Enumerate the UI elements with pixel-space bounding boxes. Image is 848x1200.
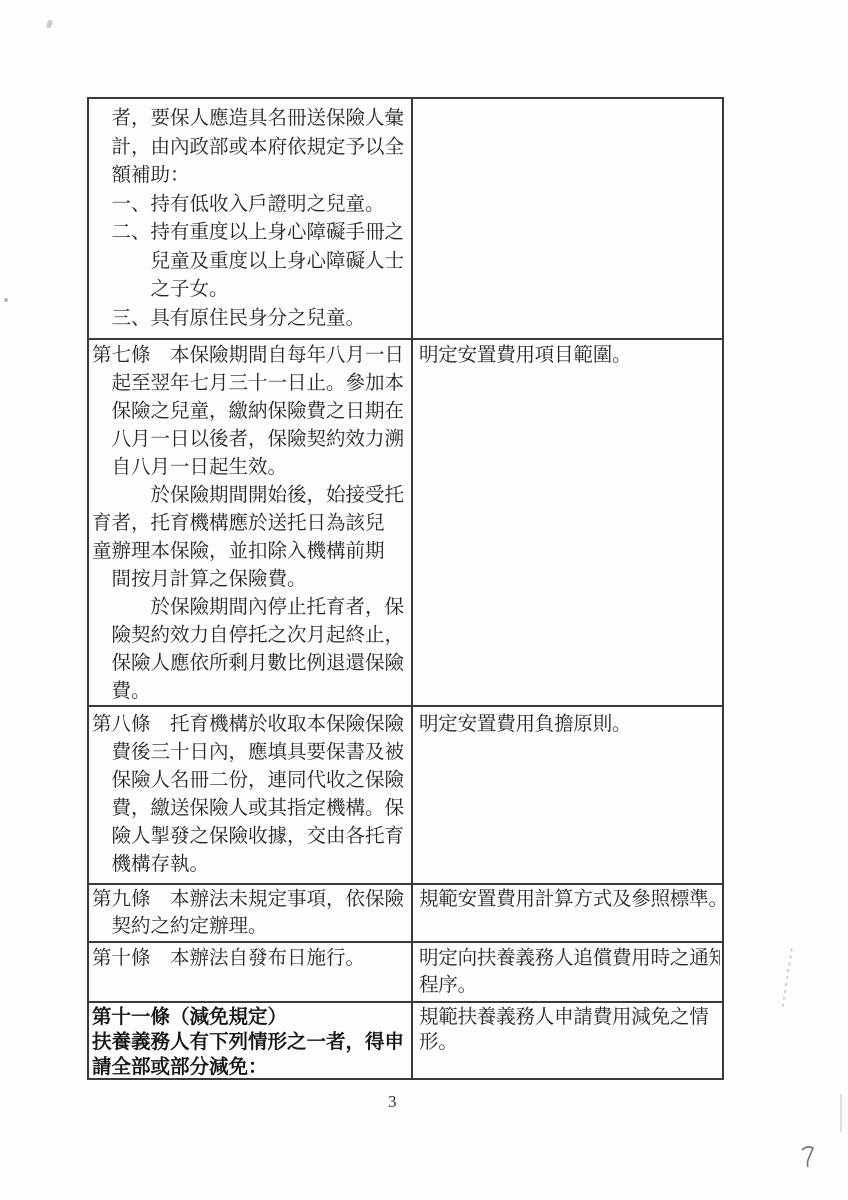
- note-line: 規範安置費用計算方式及參照標準。: [419, 886, 720, 913]
- scan-speck: [4, 298, 8, 302]
- text-line: 育者，托育機構應於送托日為該兒: [92, 510, 411, 538]
- table-row-article-8: 第八條 托育機構於收取本保險保險 費後三十日內，應填具要保書及被 保險人名冊二份…: [89, 705, 722, 883]
- table-row-article-10: 第十條 本辦法自發布日施行。 明定向扶養義務人追償費用時之通知 程序。: [89, 941, 722, 1001]
- text-line: 第十條 本辦法自發布日施行。: [92, 945, 411, 972]
- cell-continuation-text: 者，要保人應造具名冊送保險人彙 計，由內政部或本府依規定予以全 額補助： 一、持…: [89, 99, 411, 338]
- text-line: 險契約效力自停托之次月起終止，: [92, 622, 411, 650]
- text-line: 第九條 本辦法未規定事項，依保險: [92, 886, 411, 913]
- scanned-page: 者，要保人應造具名冊送保險人彙 計，由內政部或本府依規定予以全 額補助： 一、持…: [0, 0, 848, 1200]
- text-line: 保險人應依所剩月數比例退還保險: [92, 650, 411, 678]
- text-line: 間按月計算之保險費。: [92, 566, 411, 594]
- text-line: 請全部或部分減免：: [92, 1055, 411, 1078]
- table-row-article-7: 第七條 本保險期間自每年八月一日 起至翌年七月三十一日止。參加本 保險之兒童，繳…: [89, 338, 722, 705]
- text-line: 二、持有重度以上身心障礙手冊之: [92, 219, 411, 248]
- scan-speck: [46, 19, 53, 28]
- text-line: 兒童及重度以上身心障礙人士: [92, 248, 411, 277]
- text-line: 一、持有低收入戶證明之兒童。: [92, 191, 411, 220]
- text-line: 第十一條（減免規定）: [92, 1005, 411, 1030]
- text-line: 險人掣發之保險收據，交由各托育: [92, 823, 411, 851]
- text-line: 者，要保人應造具名冊送保險人彙: [92, 105, 411, 134]
- cell-continuation-note: [411, 99, 720, 338]
- cell-article-7-note: 明定安置費用項目範圍。: [411, 340, 720, 705]
- text-line: 保險之兒童，繳納保險費之日期在: [92, 398, 411, 426]
- note-line: 明定向扶養義務人追償費用時之通知: [419, 945, 720, 972]
- text-line: 機構存執。: [92, 851, 411, 879]
- note-line: 明定安置費用負擔原則。: [419, 711, 720, 739]
- document-table: 者，要保人應造具名冊送保險人彙 計，由內政部或本府依規定予以全 額補助： 一、持…: [87, 97, 724, 1080]
- cell-article-8-text: 第八條 托育機構於收取本保險保險 費後三十日內，應填具要保書及被 保險人名冊二份…: [89, 707, 411, 883]
- text-line: 費後三十日內，應填具要保書及被: [92, 739, 411, 767]
- cell-article-9-note: 規範安置費用計算方式及參照標準。: [411, 885, 720, 941]
- text-line: 童辦理本保險，並扣除入機構前期: [92, 538, 411, 566]
- text-line: 扶養義務人有下列情形之一者，得申: [92, 1030, 411, 1055]
- page-number: 3: [388, 1092, 397, 1112]
- table-row-article-11: 第十一條（減免規定） 扶養義務人有下列情形之一者，得申 請全部或部分減免： 規範…: [89, 1001, 722, 1078]
- text-line: 第八條 托育機構於收取本保險保險: [92, 711, 411, 739]
- table-row-continuation: 者，要保人應造具名冊送保險人彙 計，由內政部或本府依規定予以全 額補助： 一、持…: [89, 99, 722, 338]
- cell-article-8-note: 明定安置費用負擔原則。: [411, 707, 720, 883]
- cell-article-10-note: 明定向扶養義務人追償費用時之通知 程序。: [411, 943, 720, 1001]
- note-line: 形。: [419, 1030, 720, 1055]
- text-line: 契約之約定辦理。: [92, 913, 411, 940]
- note-line: 程序。: [419, 972, 720, 999]
- text-line: 額補助：: [92, 162, 411, 191]
- cell-article-9-text: 第九條 本辦法未規定事項，依保險 契約之約定辦理。: [89, 885, 411, 941]
- table-row-article-9: 第九條 本辦法未規定事項，依保險 契約之約定辦理。 規範安置費用計算方式及參照標…: [89, 883, 722, 941]
- text-line: 之子女。: [92, 276, 411, 305]
- text-line: 自八月一日起生效。: [92, 454, 411, 482]
- text-line: 八月一日以後者，保險契約效力溯: [92, 426, 411, 454]
- note-line: 規範扶養義務人申請費用減免之情: [419, 1005, 720, 1030]
- text-line: 三、具有原住民身分之兒童。: [92, 305, 411, 334]
- scan-corner-mark: [799, 1142, 819, 1172]
- cell-article-11-note: 規範扶養義務人申請費用減免之情 形。: [411, 1003, 720, 1078]
- text-line: 起至翌年七月三十一日止。參加本: [92, 370, 411, 398]
- cell-article-11-text: 第十一條（減免規定） 扶養義務人有下列情形之一者，得申 請全部或部分減免：: [89, 1003, 411, 1078]
- text-line: 費，繳送保險人或其指定機構。保: [92, 795, 411, 823]
- text-line: 於保險期間開始後，始接受托: [92, 482, 411, 510]
- scan-scratch: [781, 948, 792, 1009]
- cell-article-7-text: 第七條 本保險期間自每年八月一日 起至翌年七月三十一日止。參加本 保險之兒童，繳…: [89, 340, 411, 705]
- text-line: 保險人名冊二份，連同代收之保險: [92, 767, 411, 795]
- scan-edge-streak: [840, 1094, 842, 1132]
- text-line: 第七條 本保險期間自每年八月一日: [92, 342, 411, 370]
- text-line: 於保險期間內停止托育者，保: [92, 594, 411, 622]
- text-line: 計，由內政部或本府依規定予以全: [92, 134, 411, 163]
- cell-article-10-text: 第十條 本辦法自發布日施行。: [89, 943, 411, 1001]
- note-line: 明定安置費用項目範圍。: [419, 342, 720, 370]
- text-line: 費。: [92, 678, 411, 705]
